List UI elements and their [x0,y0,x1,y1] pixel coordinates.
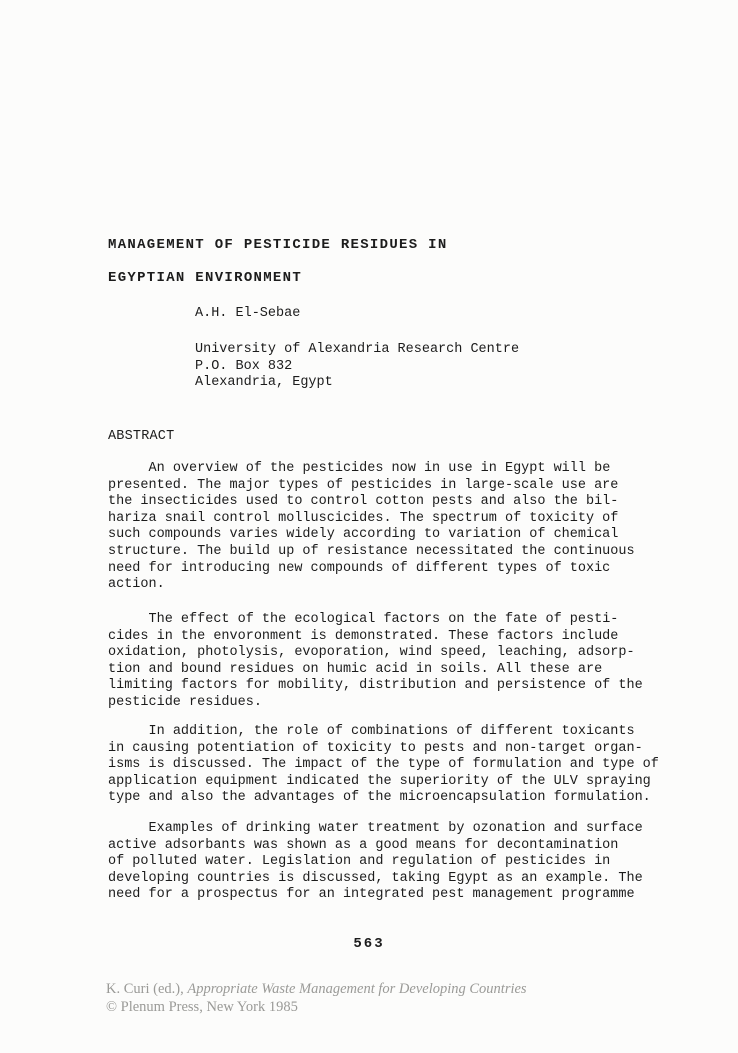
paper-title: MANAGEMENT OF PESTICIDE RESIDUES IN EGYP… [108,229,448,294]
abstract-paragraph-4: Examples of drinking water treatment by … [108,821,693,904]
footer-book-title: Appropriate Waste Management for Develop… [187,981,526,997]
page-number: 563 [0,936,738,952]
footer-copyright: © Plenum Press, New York 1985 [106,999,666,1017]
author-name: A.H. El-Sebae [195,306,300,323]
footer-editor: K. Curi (ed.), [106,981,187,997]
abstract-paragraph-1: An overview of the pesticides now in use… [108,461,693,594]
abstract-paragraph-2: The effect of the ecological factors on … [108,612,693,712]
footer: K. Curi (ed.), Appropriate Waste Managem… [106,981,666,1016]
abstract-paragraph-3: In addition, the role of combinations of… [108,724,693,807]
document-page: MANAGEMENT OF PESTICIDE RESIDUES IN EGYP… [0,0,738,1053]
footer-citation-line: K. Curi (ed.), Appropriate Waste Managem… [106,981,666,999]
author-affiliation: University of Alexandria Research Centre… [195,342,519,392]
abstract-heading: ABSTRACT [108,429,174,446]
